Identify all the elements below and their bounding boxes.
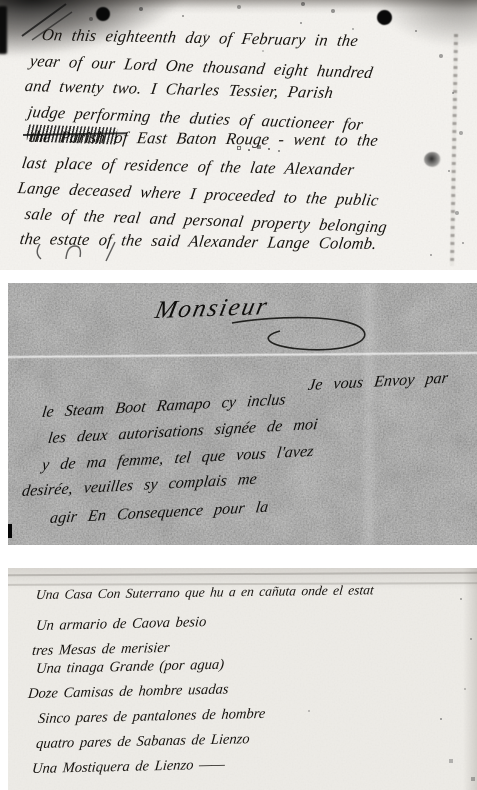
panel-french-letter: Monsieur Je vous Envoy parle Steam Boot … bbox=[8, 283, 477, 545]
strikethrough-scribble bbox=[27, 124, 118, 144]
calligraphic-flourish bbox=[228, 313, 378, 357]
handwritten-text-spanish: Una Casa Con Suterrano que hu a en cañut… bbox=[20, 582, 476, 782]
panel-spanish-inventory: Una Casa Con Suterrano que hu a en cañut… bbox=[8, 568, 477, 790]
cut-off-descenders bbox=[32, 240, 122, 264]
ink-blot bbox=[424, 152, 441, 167]
handwritten-text-french: Je vous Envoy parle Steam Boot Ramapo cy… bbox=[28, 373, 473, 532]
interlinear-insertion-marks bbox=[238, 147, 240, 149]
dust-speckles bbox=[0, 0, 2, 2]
scan-edge-mark bbox=[8, 524, 12, 538]
scan-edge-mark bbox=[0, 6, 7, 54]
scanned-manuscript-collage: On this eighteenth day of February in th… bbox=[0, 0, 477, 790]
panel-english-auction-record: On this eighteenth day of February in th… bbox=[0, 0, 477, 270]
handwritten-line-1: Una Casa Con Suterrano que hu a en cañut… bbox=[35, 576, 477, 607]
punch-hole-left bbox=[96, 7, 110, 21]
dust-speckles bbox=[8, 568, 10, 570]
